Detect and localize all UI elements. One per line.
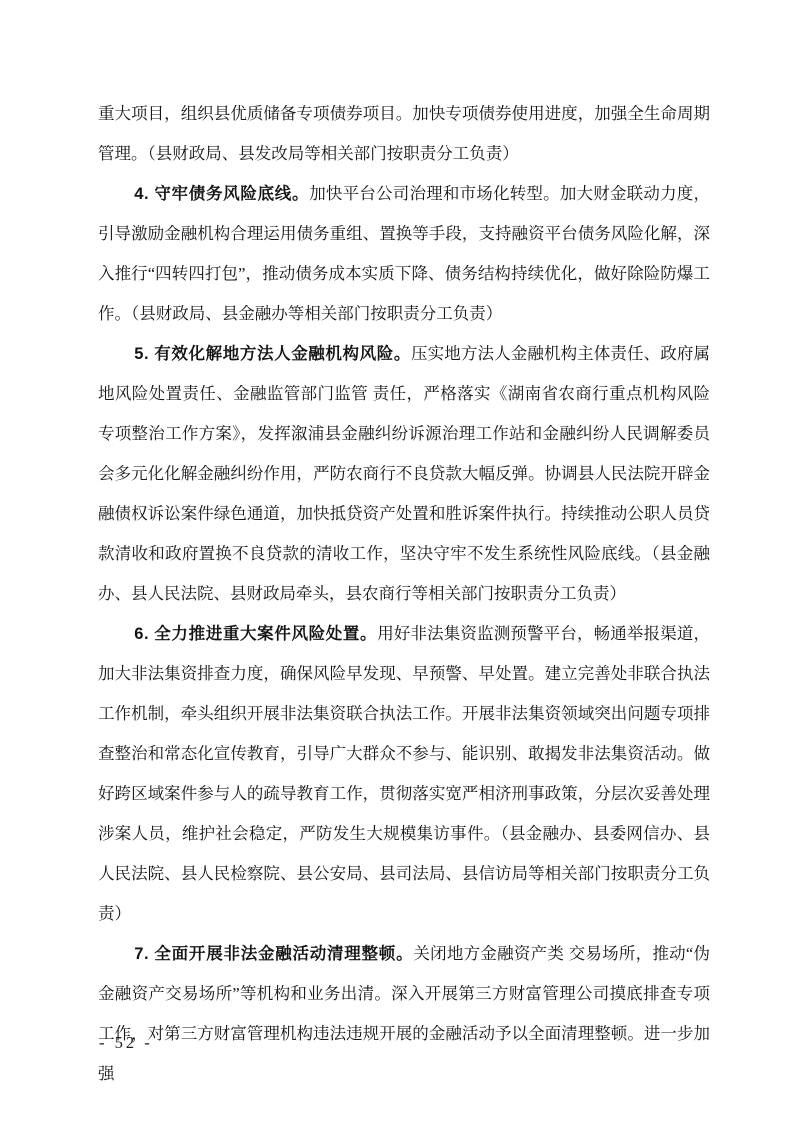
- paragraph-text: 关闭地方金融资产类 交易场所，推动“伪金融资产交易场所”等机构和业务出清。深入开…: [98, 944, 710, 1083]
- paragraph-item-6: 6. 全力推进重大案件风险处置。用好非法集资监测预警平台，畅通举报渠道，加大非法…: [98, 614, 710, 934]
- item-4-heading: 4. 守牢债务风险底线。: [134, 185, 309, 203]
- paragraph-item-7: 7. 全面开展非法金融活动清理整顿。关闭地方金融资产类 交易场所，推动“伪金融资…: [98, 934, 710, 1094]
- paragraph-item-5: 5. 有效化解地方法人金融机构风险。压实地方法人金融机构主体责任、政府属地风险处…: [98, 334, 710, 614]
- paragraph-text: 加快平台公司治理和市场化转型。加大财金联动力度，引导激励金融机构合理运用债务重组…: [98, 184, 710, 323]
- paragraph-text: 压实地方法人金融机构主体责任、政府属地风险处置责任、金融监管部门监管 责任，严格…: [98, 344, 710, 603]
- item-5-heading: 5. 有效化解地方法人金融机构风险。: [134, 345, 411, 363]
- paragraph-item-4: 4. 守牢债务风险底线。加快平台公司治理和市场化转型。加大财金联动力度，引导激励…: [98, 174, 710, 334]
- document-page: 重大项目，组织县优质储备专项债券项目。加快专项债券使用进度，加强全生命周期管理。…: [0, 0, 793, 1122]
- document-body: 重大项目，组织县优质储备专项债券项目。加快专项债券使用进度，加强全生命周期管理。…: [98, 94, 710, 1094]
- item-7-heading: 7. 全面开展非法金融活动清理整顿。: [134, 945, 413, 963]
- item-6-heading: 6. 全力推进重大案件风险处置。: [134, 625, 377, 643]
- paragraph-text: 用好非法集资监测预警平台，畅通举报渠道，加大非法集资排查力度，确保风险早发现、早…: [98, 624, 710, 923]
- page-number: - 52 -: [99, 1032, 153, 1054]
- paragraph-text: 重大项目，组织县优质储备专项债券项目。加快专项债券使用进度，加强全生命周期管理。…: [98, 104, 710, 163]
- paragraph-continued: 重大项目，组织县优质储备专项债券项目。加快专项债券使用进度，加强全生命周期管理。…: [98, 94, 710, 174]
